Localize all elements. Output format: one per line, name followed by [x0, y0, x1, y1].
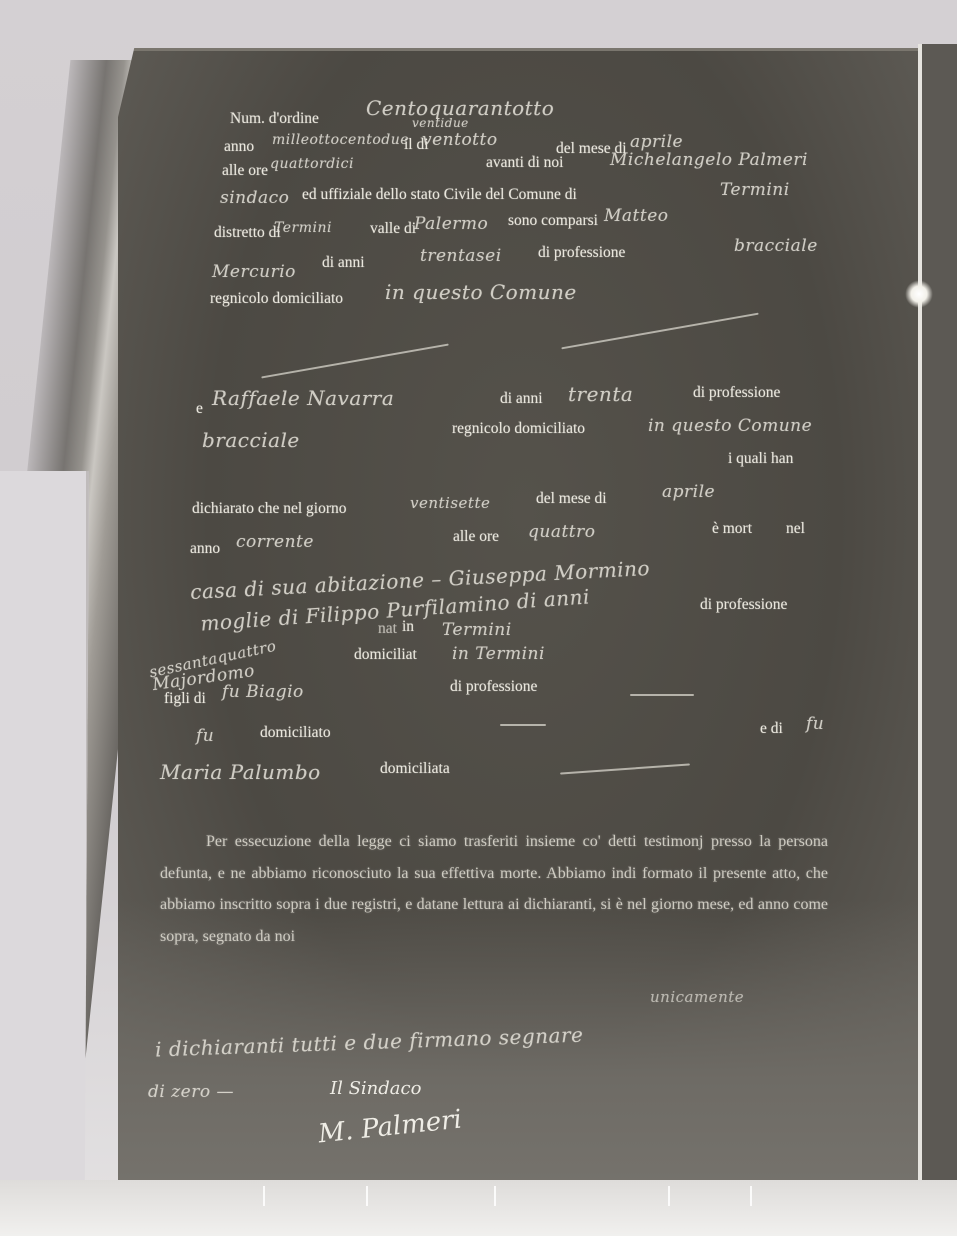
field-comparso-2: Raffaele Navarra — [212, 386, 394, 410]
label-nat: nat — [378, 620, 397, 638]
field-mese: aprile — [630, 132, 683, 152]
label-di-professione-3: di professione — [700, 596, 787, 614]
signature-sindaco: Il Sindaco — [330, 1078, 421, 1099]
ruler-tick — [263, 1186, 265, 1206]
field-valle: Palermo — [414, 214, 488, 234]
label-sono-comparsi: sono comparsi — [508, 212, 598, 230]
label-di-anni-2: di anni — [500, 390, 543, 408]
field-comune: Termini — [720, 180, 790, 200]
white-paper-tab — [0, 471, 89, 1231]
ruler-tick — [668, 1186, 670, 1206]
closing-paragraph: Per essecuzione della legge ci siamo tra… — [160, 826, 828, 952]
field-comparso-1-cont: Mercurio — [212, 262, 296, 282]
field-domicilio-2: in questo Comune — [648, 416, 812, 436]
field-madre: fu — [806, 714, 824, 734]
label-anno: anno — [224, 138, 254, 156]
field-ore-morte: quattro — [528, 522, 596, 542]
label-alle-ore: alle ore — [222, 162, 268, 180]
label-domiciliat: domiciliat — [354, 646, 417, 664]
field-mese-morte: aprile — [662, 482, 715, 502]
label-di-professione: di professione — [538, 244, 625, 262]
label-e: e — [196, 400, 203, 418]
field-domiciliat: in Termini — [452, 644, 545, 664]
label-anno-2: anno — [190, 540, 220, 558]
ruler-tick — [750, 1186, 752, 1206]
field-il-di: ventotto — [422, 130, 498, 150]
label-e-di: e di — [760, 720, 783, 738]
label-avanti-di-noi: avanti di noi — [486, 154, 564, 172]
label-in: in — [402, 618, 414, 636]
label-domiciliata: domiciliata — [380, 760, 450, 778]
field-madre-nome: Maria Palumbo — [160, 760, 321, 784]
bottom-margin — [0, 1180, 957, 1236]
label-di-professione-2: di professione — [693, 384, 780, 402]
label-regnicolo-2: regnicolo domiciliato — [452, 420, 585, 438]
label-di-anni: di anni — [322, 254, 365, 272]
field-anno: milleottocentodue — [272, 132, 409, 148]
label-del-mese-di-2: del mese di — [536, 490, 607, 508]
field-domicilio-1: in questo Comune — [385, 280, 577, 304]
field-closing-note-line-2: di zero — — [148, 1082, 234, 1102]
label-num-ordine: Num. d'ordine — [230, 110, 319, 128]
label-e-morto: è mort — [712, 520, 752, 538]
label-figlio-di: figli di — [164, 690, 206, 708]
field-comparso-1: Matteo — [604, 206, 669, 226]
field-nat-in: Termini — [442, 620, 512, 640]
label-di-professione-4: di professione — [450, 678, 537, 696]
pen-stroke — [500, 724, 546, 726]
field-professione-2: bracciale — [202, 428, 300, 452]
label-i-quali-han: i quali han — [728, 450, 793, 468]
label-dichiarato: dichiarato che nel giorno — [192, 500, 347, 518]
field-eta-1: trentasei — [420, 246, 502, 266]
label-valle: valle di — [370, 220, 416, 238]
field-carica: sindaco — [220, 188, 289, 208]
field-professione-1: bracciale — [734, 236, 818, 256]
label-distretto: distretto di — [214, 224, 281, 242]
field-anno-morte: corrente — [236, 532, 314, 552]
label-domiciliato: domiciliato — [260, 724, 331, 742]
ruler-tick — [366, 1186, 368, 1206]
label-nel: nel — [786, 520, 805, 538]
field-padre-domicilio: fu — [196, 726, 214, 746]
field-avanti-di-noi: Michelangelo Palmeri — [610, 150, 808, 170]
field-eta-2: trenta — [568, 382, 633, 406]
field-distretto: Termini — [274, 220, 332, 236]
adjacent-page-edge — [918, 44, 957, 1198]
field-figlio-di: fu Biagio — [222, 682, 304, 702]
field-ore: quattordici — [270, 156, 354, 172]
ruler-tick — [494, 1186, 496, 1206]
label-ufficiale: ed uffiziale dello stato Civile del Comu… — [302, 186, 577, 204]
light-glare — [905, 280, 933, 308]
label-alle-ore-2: alle ore — [453, 528, 499, 546]
field-il-di-above: ventidue — [412, 116, 469, 130]
field-closing-handwritten: unicamente — [650, 988, 744, 1006]
label-regnicolo: regnicolo domiciliato — [210, 290, 343, 308]
field-giorno-morte: ventisette — [410, 494, 490, 512]
pen-stroke — [630, 694, 694, 696]
